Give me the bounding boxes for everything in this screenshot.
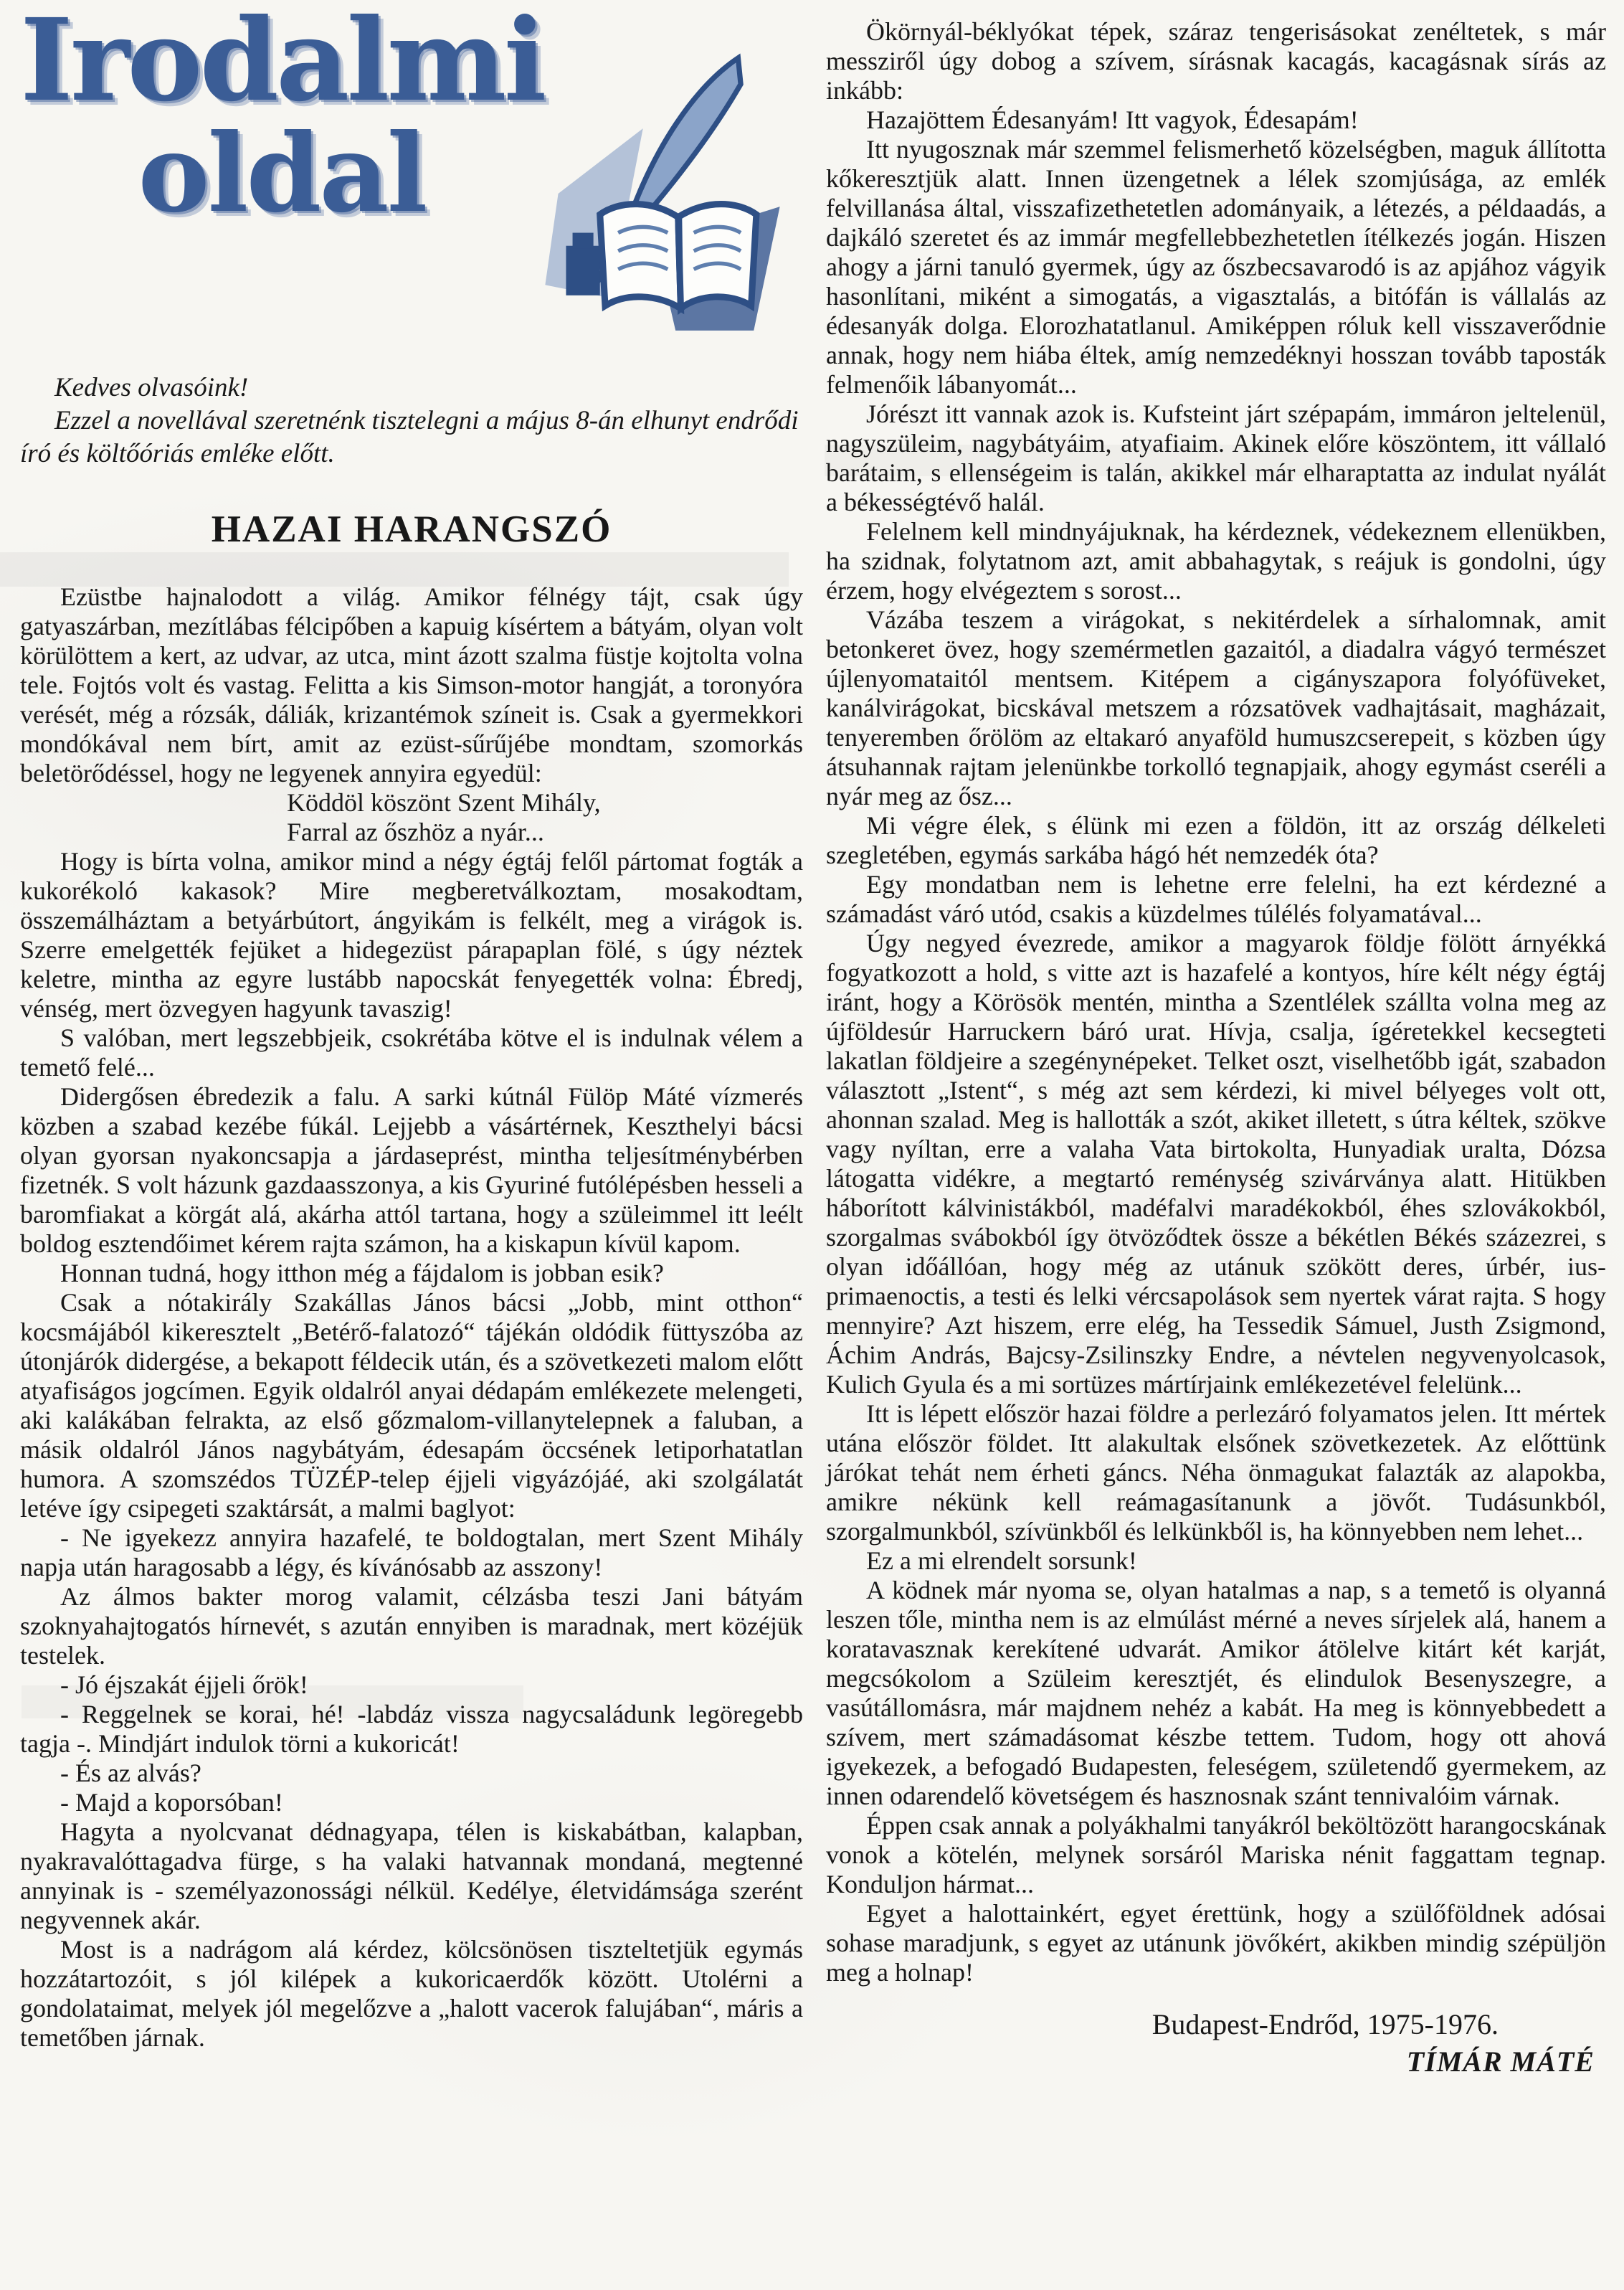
paragraph: Most is a nadrágom alá kérdez, kölcsönös… xyxy=(20,1935,803,2053)
scanned-newspaper-page: Irodalmi oldal Kedv xyxy=(0,0,1624,2290)
paragraph: Itt is lépett először hazai földre a per… xyxy=(826,1399,1606,1546)
paragraph: Csak a nótakirály Szakállas János bácsi … xyxy=(20,1288,803,1523)
paragraph: - Ne igyekezz annyira hazafelé, te boldo… xyxy=(20,1523,803,1582)
masthead-title-line1: Irodalmi xyxy=(20,6,543,117)
paragraph: Egy mondatban nem is lehetne erre feleln… xyxy=(826,870,1606,929)
verse-block: Köddöl köszönt Szent Mihály,Farral az ős… xyxy=(20,788,803,847)
paragraph: Vázába teszem a virágokat, s nekitérdele… xyxy=(826,605,1606,811)
masthead-title-line2: oldal xyxy=(20,121,543,227)
intro-line2: Ezzel a novellával szeretnénk tisztelegn… xyxy=(20,404,803,470)
masthead-title: Irodalmi oldal xyxy=(20,6,543,227)
paragraph: Honnan tudná, hogy itthon még a fájdalom… xyxy=(20,1259,803,1288)
paragraph: Ökörnyál-béklyókat tépek, száraz tengeri… xyxy=(826,17,1606,105)
paragraph: S valóban, mert legszebbjeik, csokrétába… xyxy=(20,1023,803,1082)
paragraph: Jórészt itt vannak azok is. Kufsteint já… xyxy=(826,399,1606,517)
signature-place-date: Budapest-Endrőd, 1975-1976. xyxy=(826,2006,1606,2043)
paragraph: A ködnek már nyoma se, olyan hatalmas a … xyxy=(826,1576,1606,1811)
paragraph: Úgy negyed évezrede, amikor a magyarok f… xyxy=(826,929,1606,1399)
right-column: Ökörnyál-béklyókat tépek, száraz tengeri… xyxy=(826,17,1606,2081)
masthead: Irodalmi oldal xyxy=(20,22,803,346)
paragraph: - És az alvás? xyxy=(20,1759,803,1788)
intro-line1: Kedves olvasóink! xyxy=(20,372,803,404)
article-title: HAZAI HARANGSZÓ xyxy=(20,508,803,551)
paragraph: Hazajöttem Édesanyám! Itt vagyok, Édesap… xyxy=(826,105,1606,135)
verse-line: Farral az őszhöz a nyár... xyxy=(287,818,803,847)
paragraph: Az álmos bakter morog valamit, célzásba … xyxy=(20,1582,803,1670)
quill-and-book-icon xyxy=(531,50,794,337)
right-column-body: Ökörnyál-béklyókat tépek, száraz tengeri… xyxy=(826,17,1606,1987)
paragraph: Mi végre élek, s élünk mi ezen a földön,… xyxy=(826,811,1606,870)
signature-block: Budapest-Endrőd, 1975-1976. TÍMÁR MÁTÉ xyxy=(826,2006,1606,2081)
paragraph: - Reggelnek se korai, hé! -labdáz vissza… xyxy=(20,1700,803,1759)
paragraph: - Majd a koporsóban! xyxy=(20,1788,803,1817)
paragraph: Hagyta a nyolcvanat dédnagyapa, télen is… xyxy=(20,1817,803,1935)
paragraph: - Jó éjszakát éjjeli őrök! xyxy=(20,1670,803,1700)
paragraph: Felelnem kell mindnyájuknak, ha kérdezne… xyxy=(826,517,1606,605)
signature-author: TÍMÁR MÁTÉ xyxy=(826,2043,1606,2081)
left-column-body: Ezüstbe hajnalodott a világ. Amikor féln… xyxy=(20,582,803,2053)
paragraph: Hogy is bírta volna, amikor mind a négy … xyxy=(20,847,803,1023)
paragraph: Didergősen ébredezik a falu. A sarki kút… xyxy=(20,1082,803,1259)
paragraph: Egyet a halottainkért, egyet érettünk, h… xyxy=(826,1899,1606,1987)
paragraph: Ez a mi elrendelt sorsunk! xyxy=(826,1546,1606,1576)
paragraph: Itt nyugosznak már szemmel felismerhető … xyxy=(826,135,1606,399)
paragraph: Ezüstbe hajnalodott a világ. Amikor féln… xyxy=(20,582,803,788)
intro-note: Kedves olvasóink! Ezzel a novellával sze… xyxy=(20,372,803,470)
paragraph: Éppen csak annak a polyákhalmi tanyákról… xyxy=(826,1811,1606,1899)
left-column: Irodalmi oldal Kedv xyxy=(20,22,803,2053)
verse-line: Köddöl köszönt Szent Mihály, xyxy=(287,788,803,818)
